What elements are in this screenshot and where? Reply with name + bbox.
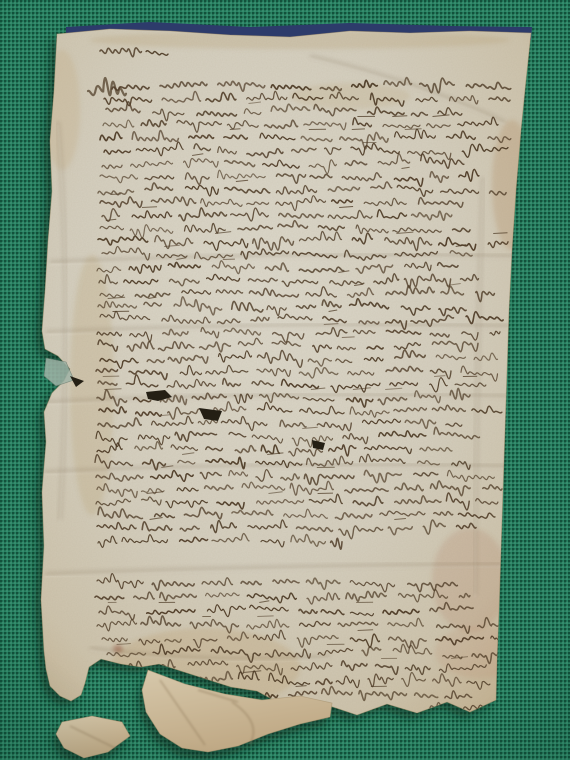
manuscript-photograph [0, 0, 570, 760]
stain [435, 626, 525, 678]
stain [432, 528, 508, 632]
sheet-surface [38, 18, 538, 728]
manuscript-scene [0, 0, 570, 760]
stain [290, 83, 410, 109]
